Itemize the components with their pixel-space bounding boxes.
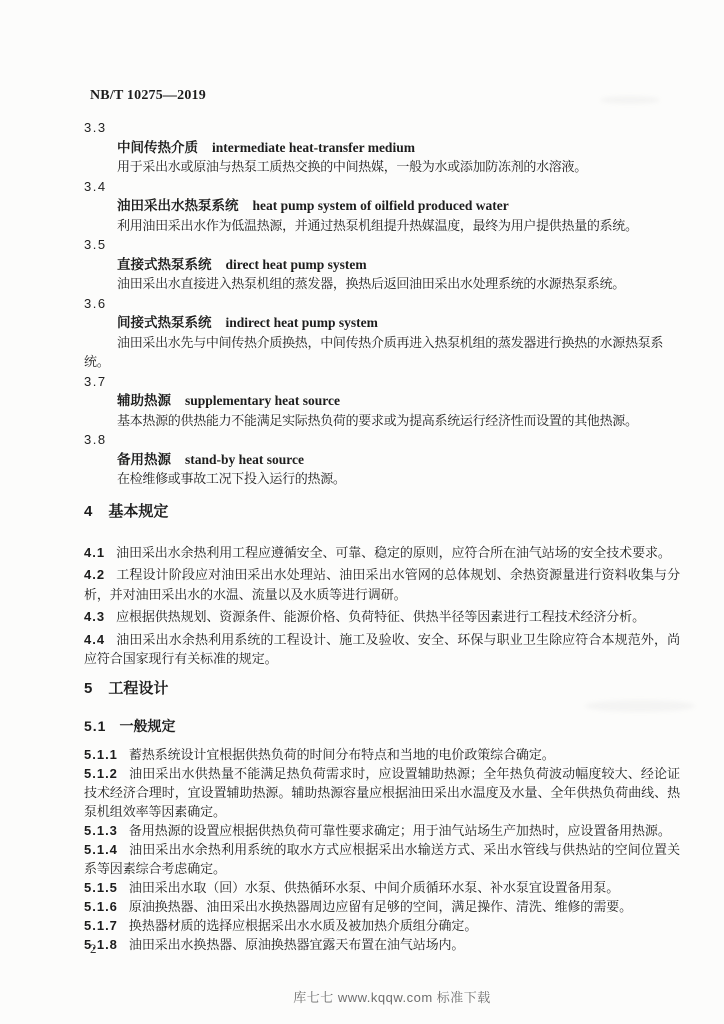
term-line: 直接式热泵系统direct heat pump system: [117, 255, 680, 275]
clause-paragraph: 5.1.2油田采出水供热量不能满足热负荷需求时，应设置辅助热源；全年热负荷波动幅…: [84, 764, 680, 821]
subsection-5-1-number: 5.1: [84, 718, 106, 734]
clause-number: 4.4: [84, 632, 105, 647]
clause-text: 油田采出水取（回）水泵、供热循环水泵、中间介质循环水泵、补水泵宜设置备用泵。: [129, 880, 619, 895]
terms-definitions-section: 3.3 中间传热介质intermediate heat-transfer med…: [84, 118, 680, 489]
clause-number: 5.1.2: [84, 766, 118, 781]
clause-paragraph: 5.1.6原油换热器、油田采出水换热器周边应留有足够的空间，满足操作、清洗、维修…: [84, 897, 680, 916]
clause-paragraph: 5.1.5油田采出水取（回）水泵、供热循环水泵、中间介质循环水泵、补水泵宜设置备…: [84, 878, 680, 897]
definition-text: 油田采出水直接进入热泵机组的蒸发器，换热后返回油田采出水处理系统的水源热泵系统。: [84, 274, 680, 294]
clause-text: 工程设计阶段应对油田采出水处理站、油田采出水管网的总体规划、余热资源量进行资料收…: [84, 567, 680, 602]
clause-number: 3.4: [84, 177, 680, 197]
term-english: heat pump system of oilfield produced wa…: [253, 198, 509, 213]
term-chinese: 备用热源: [117, 452, 171, 467]
section-4-clauses: 4.1油田采出水余热利用工程应遵循安全、可靠、稳定的原则，应符合所在油气站场的安…: [84, 543, 680, 669]
clause-number: 3.8: [84, 430, 680, 450]
definition-text: 利用油田采出水作为低温热源，并通过热泵机组提升热媒温度，最终为用户提供热量的系统…: [84, 216, 680, 236]
clause-paragraph: 4.1油田采出水余热利用工程应遵循安全、可靠、稳定的原则，应符合所在油气站场的安…: [84, 543, 680, 563]
term-english: indirect heat pump system: [226, 315, 378, 330]
term-chinese: 油田采出水热泵系统: [117, 198, 239, 213]
term-chinese: 中间传热介质: [117, 140, 198, 155]
section-4-heading: 4基本规定: [84, 502, 680, 522]
clause-number: 5.1.6: [84, 899, 118, 914]
clause-paragraph: 5.1.8油田采出水换热器、原油换热器宜露天布置在油气站场内。: [84, 935, 680, 954]
section-5-heading: 5工程设计: [84, 679, 680, 699]
definition-block: 3.7 辅助热源supplementary heat source 基本热源的供…: [84, 372, 680, 431]
scan-smudge: [585, 700, 695, 712]
clause-number: 4.3: [84, 609, 105, 624]
clause-text: 原油换热器、油田采出水换热器周边应留有足够的空间，满足操作、清洗、维修的需要。: [129, 899, 632, 914]
clause-paragraph: 4.2工程设计阶段应对油田采出水处理站、油田采出水管网的总体规划、余热资源量进行…: [84, 565, 680, 604]
page-number: 2: [90, 941, 97, 957]
term-english: stand-by heat source: [185, 452, 304, 467]
clause-number: 3.3: [84, 118, 680, 138]
definition-text: 在检维修或事故工况下投入运行的热源。: [84, 469, 680, 489]
term-line: 间接式热泵系统indirect heat pump system: [117, 313, 680, 333]
term-chinese: 间接式热泵系统: [117, 315, 212, 330]
clause-text: 应根据供热规划、资源条件、能源价格、负荷特征、供热半径等因素进行工程技术经济分析…: [116, 609, 645, 624]
clause-number: 3.7: [84, 372, 680, 392]
clause-number: 3.5: [84, 235, 680, 255]
definition-block: 3.6 间接式热泵系统indirect heat pump system 油田采…: [84, 294, 680, 372]
clause-number: 5.1.5: [84, 880, 118, 895]
clause-paragraph: 5.1.7换热器材质的选择应根据采出水水质及被加热介质组分确定。: [84, 916, 680, 935]
term-chinese: 直接式热泵系统: [117, 257, 212, 272]
clause-number: 4.2: [84, 567, 105, 582]
clause-number: 5.1.3: [84, 823, 118, 838]
clause-number: 5.1.1: [84, 747, 118, 762]
definition-block: 3.8 备用热源stand-by heat source 在检维修或事故工况下投…: [84, 430, 680, 489]
document-page: NB/T 10275—2019 3.3 中间传热介质intermediate h…: [0, 0, 724, 1024]
clause-paragraph: 5.1.3备用热源的设置应根据供热负荷可靠性要求确定；用于油气站场生产加热时，应…: [84, 821, 680, 840]
term-line: 油田采出水热泵系统heat pump system of oilfield pr…: [117, 196, 680, 216]
clause-text: 油田采出水余热利用工程应遵循安全、可靠、稳定的原则，应符合所在油气站场的安全技术…: [116, 545, 671, 560]
section-4-title: 基本规定: [108, 504, 168, 520]
term-english: direct heat pump system: [226, 257, 367, 272]
clause-paragraph: 5.1.4油田采出水余热利用系统的取水方式应根据采出水输送方式、采出水管线与供热…: [84, 840, 680, 878]
clause-text: 油田采出水余热利用系统的工程设计、施工及验收、安全、环保与职业卫生除应符合本规范…: [84, 632, 680, 667]
section-5-title: 工程设计: [108, 681, 168, 697]
clause-number: 5.1.4: [84, 842, 118, 857]
subsection-5-1-heading: 5.1一般规定: [84, 716, 680, 738]
definition-block: 3.4 油田采出水热泵系统heat pump system of oilfiel…: [84, 177, 680, 236]
term-english: supplementary heat source: [185, 393, 340, 408]
clause-text: 蓄热系统设计宜根据供热负荷的时间分布特点和当地的电价政策综合确定。: [129, 747, 555, 762]
clause-paragraph: 4.4油田采出水余热利用系统的工程设计、施工及验收、安全、环保与职业卫生除应符合…: [84, 630, 680, 669]
clause-text: 油田采出水换热器、原油换热器宜露天布置在油气站场内。: [129, 937, 464, 952]
definition-text: 基本热源的供热能力不能满足实际热负荷的要求或为提高系统运行经济性而设置的其他热源…: [84, 411, 680, 431]
clause-number: 3.6: [84, 294, 680, 314]
clause-text: 换热器材质的选择应根据采出水水质及被加热介质组分确定。: [129, 918, 477, 933]
definition-block: 3.3 中间传热介质intermediate heat-transfer med…: [84, 118, 680, 177]
term-line: 备用热源stand-by heat source: [117, 450, 680, 470]
term-english: intermediate heat-transfer medium: [212, 140, 415, 155]
clause-number: 4.1: [84, 545, 105, 560]
definition-text: 油田采出水先与中间传热介质换热，中间传热介质再进入热泵机组的蒸发器进行换热的水源…: [84, 333, 680, 372]
term-line: 中间传热介质intermediate heat-transfer medium: [117, 138, 680, 158]
subsection-5-1-title: 一般规定: [119, 720, 175, 735]
footer-watermark: 库七七 www.kqqw.com 标准下载: [60, 987, 724, 1006]
clause-number: 5.1.7: [84, 918, 118, 933]
section-5-clauses: 5.1.1蓄热系统设计宜根据供热负荷的时间分布特点和当地的电价政策综合确定。 5…: [84, 745, 680, 954]
section-5-number: 5: [84, 680, 92, 697]
definition-text: 用于采出水或原油与热泵工质热交换的中间热媒，一般为水或添加防冻剂的水溶液。: [84, 157, 680, 177]
term-chinese: 辅助热源: [117, 393, 171, 408]
clause-paragraph: 4.3应根据供热规划、资源条件、能源价格、负荷特征、供热半径等因素进行工程技术经…: [84, 607, 680, 627]
clause-paragraph: 5.1.1蓄热系统设计宜根据供热负荷的时间分布特点和当地的电价政策综合确定。: [84, 745, 680, 764]
clause-text: 油田采出水余热利用系统的取水方式应根据采出水输送方式、采出水管线与供热站的空间位…: [84, 842, 680, 876]
definition-block: 3.5 直接式热泵系统direct heat pump system 油田采出水…: [84, 235, 680, 294]
clause-text: 油田采出水供热量不能满足热负荷需求时，应设置辅助热源；全年热负荷波动幅度较大、经…: [84, 766, 680, 819]
term-line: 辅助热源supplementary heat source: [117, 391, 680, 411]
section-4-number: 4: [84, 503, 92, 520]
running-header: NB/T 10275—2019: [90, 87, 680, 105]
clause-text: 备用热源的设置应根据供热负荷可靠性要求确定；用于油气站场生产加热时，应设置备用热…: [129, 823, 671, 838]
